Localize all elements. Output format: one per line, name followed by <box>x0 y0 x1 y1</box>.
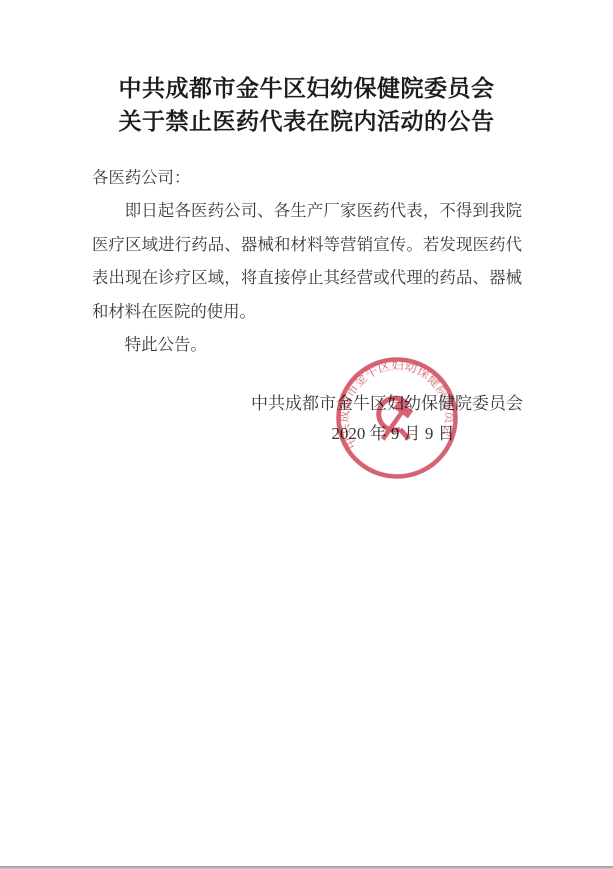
closing-phrase: 特此公告。 <box>92 328 522 361</box>
seal-ring <box>334 355 461 482</box>
body-paragraph: 即日起各医药公司、各生产厂家医药代表，不得到我院医疗区域进行药品、器械和材料等营… <box>92 194 522 328</box>
notice-title-line2: 关于禁止医药代表在院内活动的公告 <box>0 105 613 138</box>
salutation: 各医药公司： <box>92 161 522 194</box>
notice-page: 中共成都市金牛区妇幼保健院委员会 关于禁止医药代表在院内活动的公告 各医药公司：… <box>0 0 613 869</box>
signature-org: 中共成都市金牛区妇幼保健院委员会 <box>251 394 523 414</box>
notice-body: 各医药公司： 即日起各医药公司、各生产厂家医药代表，不得到我院医疗区域进行药品、… <box>92 161 522 361</box>
notice-title: 中共成都市金牛区妇幼保健院委员会 关于禁止医药代表在院内活动的公告 <box>0 72 613 138</box>
official-seal: 中共成都市金牛区妇幼保健院委员会 <box>329 350 466 487</box>
notice-title-line1: 中共成都市金牛区妇幼保健院委员会 <box>0 72 613 105</box>
signature-date: 2020 年 9 月 9 日 <box>330 424 456 444</box>
